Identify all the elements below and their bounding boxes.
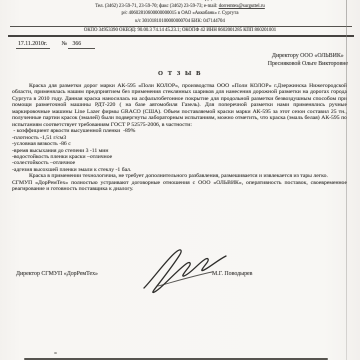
- letterhead-contact-line: Тел. (3462) 23-59-71, 23-59-70; факс (34…: [0, 3, 360, 10]
- body-paragraph-1: Краска для разметки дорог марки АК-595 «…: [12, 83, 347, 128]
- vertical-scan-line: [346, 0, 347, 360]
- letterhead-account-line: р/с 40602810600000000015 в ОАО «Аккобанк…: [0, 10, 360, 17]
- handwritten-signature: [138, 246, 230, 294]
- addressee-name: Пресняковой Ольге Викторовне: [268, 60, 348, 68]
- reference-no-label: №: [62, 41, 68, 47]
- scanned-letter-page: Ханты-Мансийский автономный округ, 62840…: [0, 0, 360, 360]
- scan-speck: [54, 352, 57, 354]
- letterhead-email: dorremtex@surguttel.ru: [219, 4, 265, 9]
- spec-list: - коэффициент яркости высушенной пленки …: [12, 128, 347, 173]
- letterhead: Ханты-Мансийский автономный округ, 62840…: [0, 0, 360, 37]
- letterhead-codes-line: ОКПО 34953390 ОКВЭД: 90.00.3 74.14 45.23…: [0, 27, 360, 34]
- document-title: О Т З Ы В: [0, 70, 360, 77]
- reference-number: 366: [68, 41, 95, 49]
- addressee-position: Директору ООО «ОЛЬВИК»: [268, 52, 348, 60]
- document-body: Краска для разметки дорог марки АК-595 «…: [12, 83, 347, 193]
- letterhead-rule-thick: [8, 35, 354, 37]
- reference-line: 17.11.2010г. № 366: [16, 41, 95, 47]
- addressee-block: Директору ООО «ОЛЬВИК» Пресняковой Ольге…: [268, 52, 348, 68]
- body-paragraph-3: СГМУП «ДорРемТех» полностью устраивают д…: [12, 180, 347, 193]
- signature-caption: Директор СГМУП «ДорРемТех»: [16, 271, 98, 277]
- letterhead-corr-line: к/с 30101810100000000704 БИК: 047144704: [0, 18, 360, 25]
- reference-date: 17.11.2010г.: [16, 41, 50, 49]
- signee-name: М.Г. Поводырев: [212, 271, 252, 277]
- body-paragraph-2: Краска в применении технологична, не тре…: [12, 173, 347, 179]
